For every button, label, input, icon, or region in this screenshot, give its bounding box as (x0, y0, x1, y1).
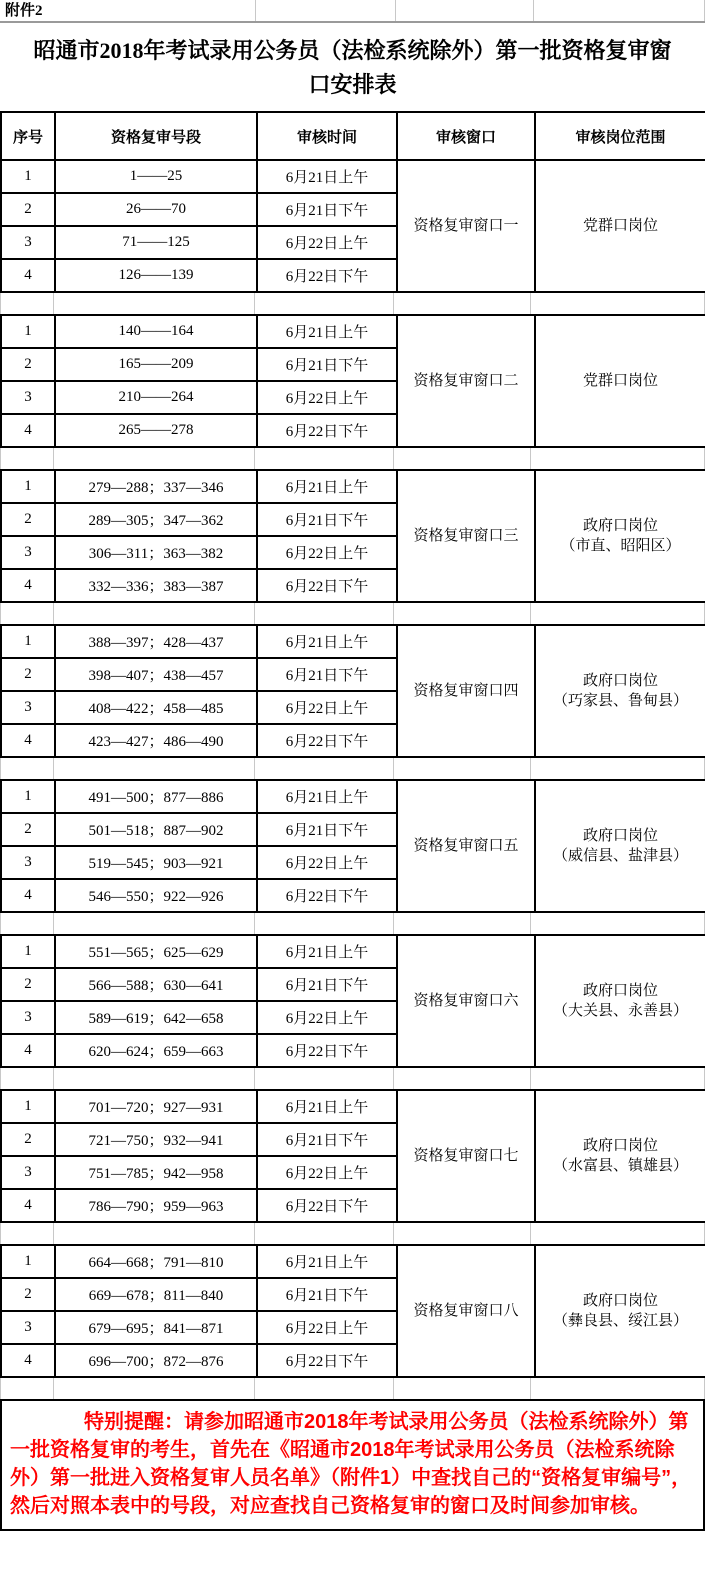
group-table: 1140——1646月21日上午资格复审窗口二党群口岗位2165——2096月2… (0, 314, 705, 448)
separator-cell (394, 1223, 531, 1244)
seq-cell: 2 (1, 1123, 55, 1156)
separator-cell (54, 1068, 255, 1089)
seq-cell: 2 (1, 193, 55, 226)
time-cell: 6月21日上午 (257, 315, 397, 348)
scope-cell: 党群口岗位 (535, 315, 705, 447)
range-cell: 679—695；841—871 (55, 1311, 257, 1344)
separator-row (0, 1068, 705, 1089)
time-cell: 6月21日上午 (257, 625, 397, 658)
time-cell: 6月22日上午 (257, 381, 397, 414)
separator-cell (1, 913, 54, 934)
separator-cell (255, 758, 394, 779)
range-cell: 566—588；630—641 (55, 968, 257, 1001)
scope-cell: 政府口岗位 （水富县、镇雄县） (535, 1090, 705, 1222)
time-cell: 6月21日下午 (257, 1123, 397, 1156)
seq-cell: 4 (1, 1189, 55, 1222)
separator-cell (1, 603, 54, 624)
seq-cell: 2 (1, 968, 55, 1001)
seq-cell: 2 (1, 1278, 55, 1311)
separator-cell (255, 1378, 394, 1399)
separator-cell (531, 913, 704, 934)
header-cell-seq: 序号 (1, 112, 55, 160)
separator-cell (54, 603, 255, 624)
range-cell: 669—678；811—840 (55, 1278, 257, 1311)
separator-row (0, 758, 705, 779)
time-cell: 6月22日下午 (257, 259, 397, 292)
separator-cell (394, 1068, 531, 1089)
range-cell: 140——164 (55, 315, 257, 348)
seq-cell: 3 (1, 1311, 55, 1344)
seq-cell: 4 (1, 1344, 55, 1377)
time-cell: 6月21日下午 (257, 813, 397, 846)
time-cell: 6月22日下午 (257, 1344, 397, 1377)
group-table: 1279—288；337—3466月21日上午资格复审窗口三政府口岗位 （市直、… (0, 469, 705, 603)
range-cell: 398—407；438—457 (55, 658, 257, 691)
separator-cell (531, 1378, 704, 1399)
seq-cell: 4 (1, 569, 55, 602)
range-cell: 265——278 (55, 414, 257, 447)
range-cell: 306—311；363—382 (55, 536, 257, 569)
group-table: 1388—397；428—4376月21日上午资格复审窗口四政府口岗位 （巧家县… (0, 624, 705, 758)
range-cell: 388—397；428—437 (55, 625, 257, 658)
seq-cell: 2 (1, 813, 55, 846)
time-cell: 6月21日上午 (257, 1245, 397, 1278)
seq-cell: 3 (1, 1156, 55, 1189)
time-cell: 6月21日下午 (257, 658, 397, 691)
time-cell: 6月21日下午 (257, 968, 397, 1001)
seq-cell: 4 (1, 414, 55, 447)
range-cell: 26——70 (55, 193, 257, 226)
separator-cell (394, 448, 531, 469)
time-cell: 6月22日上午 (257, 1001, 397, 1034)
group-table: 1664—668；791—8106月21日上午资格复审窗口八政府口岗位 （彝良县… (0, 1244, 705, 1378)
range-cell: 408—422；458—485 (55, 691, 257, 724)
range-cell: 696—700；872—876 (55, 1344, 257, 1377)
seq-cell: 4 (1, 724, 55, 757)
header-cell-window: 审核窗口 (397, 112, 535, 160)
time-cell: 6月22日上午 (257, 691, 397, 724)
group-table: 1551—565；625—6296月21日上午资格复审窗口六政府口岗位 （大关县… (0, 934, 705, 1068)
separator-row (0, 293, 705, 314)
top-strip-cell (256, 0, 396, 21)
header-cell-time: 审核时间 (257, 112, 397, 160)
seq-cell: 1 (1, 625, 55, 658)
scope-cell: 党群口岗位 (535, 160, 705, 292)
table-row: 1388—397；428—4376月21日上午资格复审窗口四政府口岗位 （巧家县… (1, 625, 705, 658)
separator-cell (54, 758, 255, 779)
separator-cell (394, 1378, 531, 1399)
separator-cell (531, 293, 704, 314)
scope-cell: 政府口岗位 （大关县、永善县） (535, 935, 705, 1067)
seq-cell: 3 (1, 846, 55, 879)
separator-cell (255, 1068, 394, 1089)
range-cell: 165——209 (55, 348, 257, 381)
seq-cell: 3 (1, 1001, 55, 1034)
range-cell: 210——264 (55, 381, 257, 414)
scope-cell: 政府口岗位 （威信县、盐津县） (535, 780, 705, 912)
seq-cell: 1 (1, 780, 55, 813)
seq-cell: 1 (1, 470, 55, 503)
separator-cell (394, 913, 531, 934)
range-cell: 546—550；922—926 (55, 879, 257, 912)
time-cell: 6月21日上午 (257, 160, 397, 193)
header-cell-scope: 审核岗位范围 (535, 112, 705, 160)
time-cell: 6月22日下午 (257, 1034, 397, 1067)
range-cell: 551—565；625—629 (55, 935, 257, 968)
separator-cell (394, 293, 531, 314)
separator-row (0, 913, 705, 934)
table-row: 1279—288；337—3466月21日上午资格复审窗口三政府口岗位 （市直、… (1, 470, 705, 503)
time-cell: 6月21日上午 (257, 935, 397, 968)
group-table: 1701—720；927—9316月21日上午资格复审窗口七政府口岗位 （水富县… (0, 1089, 705, 1223)
time-cell: 6月22日上午 (257, 1311, 397, 1344)
time-cell: 6月21日下午 (257, 1278, 397, 1311)
range-cell: 71——125 (55, 226, 257, 259)
seq-cell: 3 (1, 381, 55, 414)
seq-cell: 2 (1, 348, 55, 381)
separator-cell (54, 1223, 255, 1244)
range-cell: 332—336；383—387 (55, 569, 257, 602)
range-cell: 289—305；347—362 (55, 503, 257, 536)
time-cell: 6月22日下午 (257, 414, 397, 447)
table-row: 1701—720；927—9316月21日上午资格复审窗口七政府口岗位 （水富县… (1, 1090, 705, 1123)
time-cell: 6月21日下午 (257, 503, 397, 536)
scope-cell: 政府口岗位 （彝良县、绥江县） (535, 1245, 705, 1377)
separator-cell (1, 758, 54, 779)
time-cell: 6月22日上午 (257, 846, 397, 879)
range-cell: 423—427；486—490 (55, 724, 257, 757)
range-cell: 126——139 (55, 259, 257, 292)
notice-text: 特别提醒：请参加昭通市2018年考试录用公务员（法检系统除外）第一批资格复审的考… (0, 1399, 705, 1531)
scope-cell: 政府口岗位 （市直、昭阳区） (535, 470, 705, 602)
separator-cell (394, 603, 531, 624)
separator-cell (255, 293, 394, 314)
separator-cell (255, 603, 394, 624)
window-cell: 资格复审窗口五 (397, 780, 535, 912)
doc-title: 昭通市2018年考试录用公务员（法检系统除外）第一批资格复审窗口安排表 (0, 23, 705, 111)
table-row: 1491—500；877—8866月21日上午资格复审窗口五政府口岗位 （威信县… (1, 780, 705, 813)
separator-cell (54, 1378, 255, 1399)
window-cell: 资格复审窗口四 (397, 625, 535, 757)
groups-container: 11——256月21日上午资格复审窗口一党群口岗位226——706月21日下午3… (0, 159, 705, 1399)
separator-cell (255, 913, 394, 934)
separator-cell (531, 758, 704, 779)
seq-cell: 2 (1, 658, 55, 691)
table-row: 11——256月21日上午资格复审窗口一党群口岗位 (1, 160, 705, 193)
range-cell: 751—785；942—958 (55, 1156, 257, 1189)
separator-cell (531, 1223, 704, 1244)
separator-row (0, 448, 705, 469)
separator-row (0, 1223, 705, 1244)
separator-cell (255, 448, 394, 469)
separator-row (0, 1378, 705, 1399)
top-strip-cell (396, 0, 534, 21)
scope-cell: 政府口岗位 （巧家县、鲁甸县） (535, 625, 705, 757)
window-cell: 资格复审窗口八 (397, 1245, 535, 1377)
seq-cell: 3 (1, 536, 55, 569)
time-cell: 6月22日下午 (257, 569, 397, 602)
top-strip-cell (534, 0, 705, 21)
seq-cell: 1 (1, 315, 55, 348)
separator-cell (1, 448, 54, 469)
separator-cell (54, 293, 255, 314)
range-cell: 491—500；877—886 (55, 780, 257, 813)
separator-cell (531, 603, 704, 624)
time-cell: 6月22日上午 (257, 536, 397, 569)
separator-cell (1, 293, 54, 314)
top-strip: 附件2 (0, 0, 705, 23)
time-cell: 6月21日上午 (257, 470, 397, 503)
group-table: 11——256月21日上午资格复审窗口一党群口岗位226——706月21日下午3… (0, 159, 705, 293)
header-row: 序号 资格复审号段 审核时间 审核窗口 审核岗位范围 (1, 112, 705, 160)
seq-cell: 3 (1, 226, 55, 259)
window-cell: 资格复审窗口二 (397, 315, 535, 447)
window-cell: 资格复审窗口七 (397, 1090, 535, 1222)
separator-cell (54, 448, 255, 469)
time-cell: 6月21日上午 (257, 1090, 397, 1123)
range-cell: 620—624；659—663 (55, 1034, 257, 1067)
table-row: 1140——1646月21日上午资格复审窗口二党群口岗位 (1, 315, 705, 348)
separator-cell (394, 758, 531, 779)
range-cell: 501—518；887—902 (55, 813, 257, 846)
seq-cell: 4 (1, 879, 55, 912)
time-cell: 6月21日下午 (257, 348, 397, 381)
group-table: 1491—500；877—8866月21日上午资格复审窗口五政府口岗位 （威信县… (0, 779, 705, 913)
range-cell: 664—668；791—810 (55, 1245, 257, 1278)
time-cell: 6月21日上午 (257, 780, 397, 813)
seq-cell: 1 (1, 1090, 55, 1123)
window-cell: 资格复审窗口六 (397, 935, 535, 1067)
time-cell: 6月22日上午 (257, 1156, 397, 1189)
separator-row (0, 603, 705, 624)
range-cell: 786—790；959—963 (55, 1189, 257, 1222)
range-cell: 279—288；337—346 (55, 470, 257, 503)
seq-cell: 1 (1, 935, 55, 968)
range-cell: 519—545；903—921 (55, 846, 257, 879)
table-row: 1664—668；791—8106月21日上午资格复审窗口八政府口岗位 （彝良县… (1, 1245, 705, 1278)
seq-cell: 2 (1, 503, 55, 536)
time-cell: 6月22日下午 (257, 879, 397, 912)
seq-cell: 3 (1, 691, 55, 724)
time-cell: 6月22日上午 (257, 226, 397, 259)
time-cell: 6月22日下午 (257, 724, 397, 757)
range-cell: 701—720；927—931 (55, 1090, 257, 1123)
separator-cell (1, 1223, 54, 1244)
seq-cell: 4 (1, 259, 55, 292)
header-cell-range: 资格复审号段 (55, 112, 257, 160)
table-row: 1551—565；625—6296月21日上午资格复审窗口六政府口岗位 （大关县… (1, 935, 705, 968)
range-cell: 589—619；642—658 (55, 1001, 257, 1034)
time-cell: 6月21日下午 (257, 193, 397, 226)
attachment-label: 附件2 (0, 0, 256, 21)
header-table: 序号 资格复审号段 审核时间 审核窗口 审核岗位范围 (0, 111, 705, 161)
separator-cell (1, 1378, 54, 1399)
seq-cell: 4 (1, 1034, 55, 1067)
seq-cell: 1 (1, 160, 55, 193)
window-cell: 资格复审窗口一 (397, 160, 535, 292)
window-cell: 资格复审窗口三 (397, 470, 535, 602)
separator-cell (531, 1068, 704, 1089)
range-cell: 721—750；932—941 (55, 1123, 257, 1156)
range-cell: 1——25 (55, 160, 257, 193)
separator-cell (1, 1068, 54, 1089)
separator-cell (531, 448, 704, 469)
time-cell: 6月22日下午 (257, 1189, 397, 1222)
separator-cell (255, 1223, 394, 1244)
separator-cell (54, 913, 255, 934)
seq-cell: 1 (1, 1245, 55, 1278)
